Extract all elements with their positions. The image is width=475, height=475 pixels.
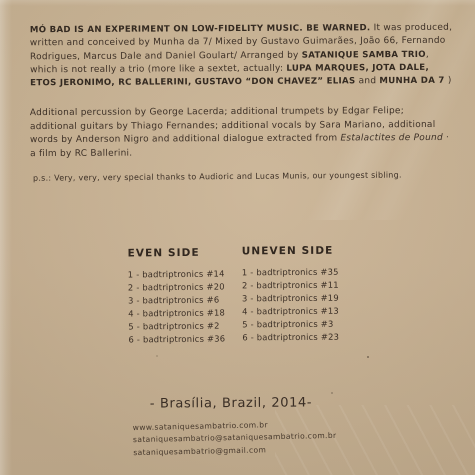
location-year-line: - Brasília, Brazil, 2014- xyxy=(0,394,462,412)
even-side-title: EVEN SIDE xyxy=(127,246,224,259)
track-item: 2 - badtriptronics #11 xyxy=(242,279,339,293)
track-item: 4 - badtriptronics #18 xyxy=(128,306,225,320)
close-paren: ) xyxy=(445,76,452,86)
tracklist-uneven-side: UNEVEN SIDE 1 - badtriptronics #35 2 - b… xyxy=(242,245,340,345)
film-title: Estalactites de Pound xyxy=(340,133,443,144)
track-item: 1 - badtriptronics #35 xyxy=(242,266,339,280)
and-word: and xyxy=(355,76,379,86)
tracklist-even-side: EVEN SIDE 1 - badtriptronics #14 2 - bad… xyxy=(127,246,225,346)
dust-speck xyxy=(331,392,333,394)
album-back-cover: MÓ BAD IS AN EXPERIMENT ON LOW-FIDELITY … xyxy=(0,0,475,475)
additional-credits-paragraph: Additional percussion by George Lacerda;… xyxy=(30,105,452,162)
track-item: 3 - badtriptronics #6 xyxy=(128,293,225,307)
band-name: SATANIQUE SAMBA TRIO xyxy=(302,49,426,60)
track-item: 6 - badtriptronics #36 xyxy=(128,332,225,346)
track-item: 1 - badtriptronics #14 xyxy=(128,267,225,281)
warning-text: MÓ BAD IS AN EXPERIMENT ON LOW-FIDELITY … xyxy=(30,23,371,35)
track-item: 3 - badtriptronics #19 xyxy=(242,292,339,306)
track-item: 4 - badtriptronics #13 xyxy=(242,305,339,319)
credits-paragraph: MÓ BAD IS AN EXPERIMENT ON LOW-FIDELITY … xyxy=(30,22,456,91)
band-member-last: MUNHA DA 7 xyxy=(379,76,444,86)
shrinkwrap-top-edge-highlight xyxy=(0,0,475,6)
track-item: 6 - badtriptronics #23 xyxy=(242,331,339,345)
track-item: 5 - badtriptronics #3 xyxy=(242,318,339,332)
track-item: 5 - badtriptronics #2 xyxy=(128,319,225,333)
contact-block: www.sataniquesambatrio.com.br sataniques… xyxy=(133,418,337,459)
track-item: 2 - badtriptronics #20 xyxy=(128,280,225,294)
uneven-side-title: UNEVEN SIDE xyxy=(242,245,339,258)
postscript-note: p.s.: Very, very, very special thanks to… xyxy=(33,170,433,182)
dust-speck xyxy=(156,355,158,357)
dust-speck xyxy=(367,356,369,358)
